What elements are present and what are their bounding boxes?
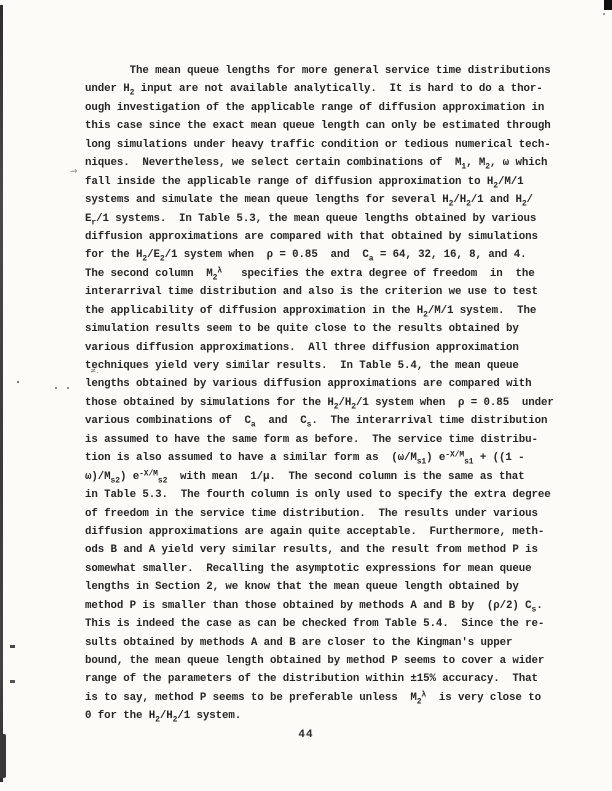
text-line: niques. Nevertheless, we select certain … [85, 154, 554, 172]
scan-corner-blob [604, 0, 612, 10]
text-line: long simulations under heavy traffic con… [85, 136, 554, 154]
scan-speck [17, 381, 19, 383]
scan-speck [67, 387, 69, 389]
text-line: interarrival time distribution and also … [85, 283, 554, 301]
text-line: is to say, method P seems to be preferab… [85, 689, 554, 707]
text-line: various combinations of Ca and Cs. The i… [85, 412, 554, 430]
text-line: systems and simulate the mean queue leng… [85, 191, 554, 209]
text-line: diffusion approximations are again quite… [85, 523, 554, 541]
text-line: sults obtained by methods A and B are cl… [85, 634, 554, 652]
text-line: Er/1 systems. In Table 5.3, the mean que… [85, 210, 554, 228]
scan-speck [10, 645, 15, 648]
text-line: somewhat smaller. Recalling the asymptot… [85, 560, 554, 578]
text-line: diffusion approximations are compared wi… [85, 228, 554, 246]
text-line: This is indeed the case as can be checke… [85, 615, 554, 633]
text-line: ough investigation of the applicable ran… [85, 99, 554, 117]
scan-edge-artifact [0, 5, 3, 782]
text-line: tion is also assumed to have a similar f… [85, 449, 554, 467]
text-line: ods B and A yield very similar results, … [85, 541, 554, 559]
page-number: 44 [0, 729, 612, 741]
text-line: bound, the mean queue length obtained by… [85, 652, 554, 670]
text-line: various diffusion approximations. All th… [85, 339, 554, 357]
scan-speck [10, 680, 15, 683]
text-line: 0 for the H2/H2/1 system. [85, 707, 554, 725]
text-line: lengths in Section 2, we know that the m… [85, 578, 554, 596]
text-line: for the H2/E2/1 system when ρ = 0.85 and… [85, 246, 554, 264]
text-line: the applicability of diffusion approxima… [85, 302, 554, 320]
scanned-page: ⇝ ≠. The mean queue lengths for more gen… [0, 0, 612, 791]
text-line: lengths obtained by various diffusion ap… [85, 375, 554, 393]
text-line: fall inside the applicable range of diff… [85, 173, 554, 191]
text-line: of freedom in the service time distribut… [85, 505, 554, 523]
text-line: The second column M2λ specifies the extr… [85, 265, 554, 283]
document-text: The mean queue lengths for more general … [85, 62, 554, 726]
text-line: method P is smaller than those obtained … [85, 597, 554, 615]
text-line: this case since the exact mean queue len… [85, 117, 554, 135]
scan-speck [55, 387, 57, 389]
text-line: ω)/Ms2) e-X/Ms2 with mean 1/μ. The secon… [85, 468, 554, 486]
text-line: The mean queue lengths for more general … [85, 62, 554, 80]
text-line: range of the parameters of the distribut… [85, 670, 554, 688]
margin-annotation-squiggle: ⇝ [69, 167, 78, 178]
text-line: under H2 input are not available analyti… [85, 80, 554, 98]
text-line: those obtained by simulations for the H2… [85, 394, 554, 412]
text-line: is assumed to have the same form as befo… [85, 431, 554, 449]
scan-speck [603, 13, 605, 15]
text-line: in Table 5.3. The fourth column is only … [85, 486, 554, 504]
text-line: techniques yield very similar results. I… [85, 357, 554, 375]
text-line: simulation results seem to be quite clos… [85, 320, 554, 338]
